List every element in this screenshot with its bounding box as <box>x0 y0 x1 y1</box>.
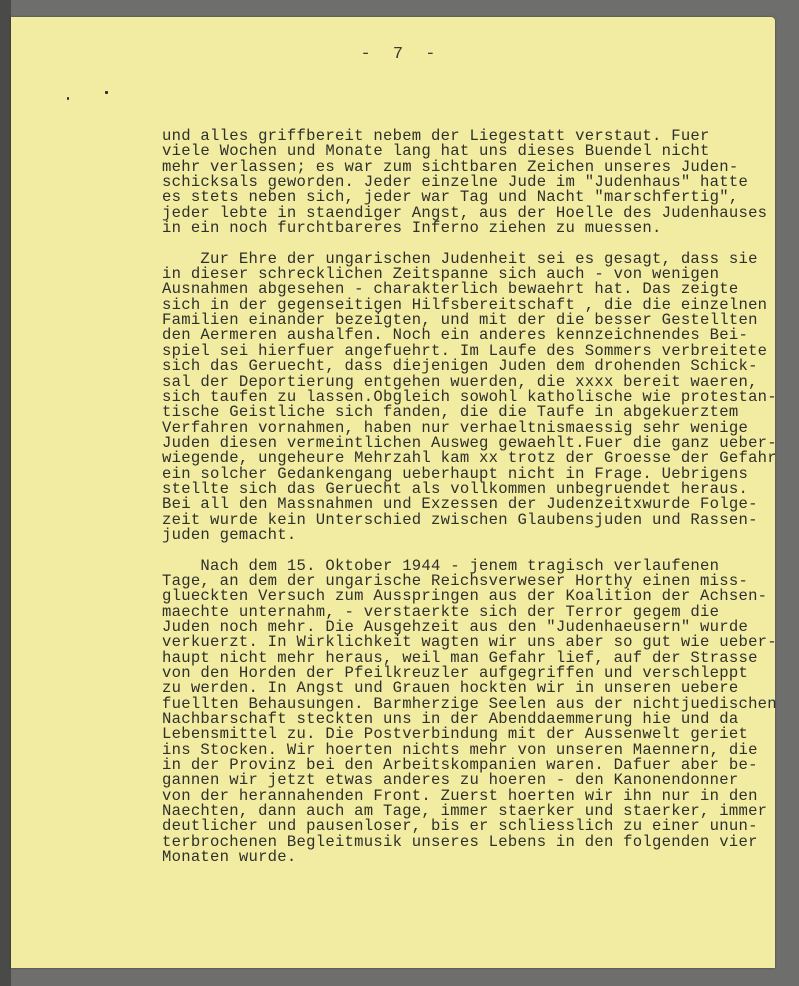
paragraph: Nach dem 15. Oktober 1944 - jenem tragis… <box>162 559 772 866</box>
text-line: in ein noch furchtbareres Inferno ziehen… <box>162 221 772 236</box>
body-text: und alles griffbereit nebem der Liegesta… <box>162 129 772 866</box>
stray-ink-mark <box>67 97 69 100</box>
paragraph: und alles griffbereit nebem der Liegesta… <box>162 129 772 236</box>
text-line: Monaten wurde. <box>162 850 772 865</box>
typewritten-page: - 7 - und alles griffbereit nebem der Li… <box>11 17 775 968</box>
page-number: - 7 - <box>11 45 783 64</box>
scan-background-edge <box>0 0 11 986</box>
paragraph: Zur Ehre der ungarischen Judenheit sei e… <box>162 252 772 544</box>
stray-ink-mark <box>105 91 108 94</box>
text-line: juden gemacht. <box>162 528 772 543</box>
